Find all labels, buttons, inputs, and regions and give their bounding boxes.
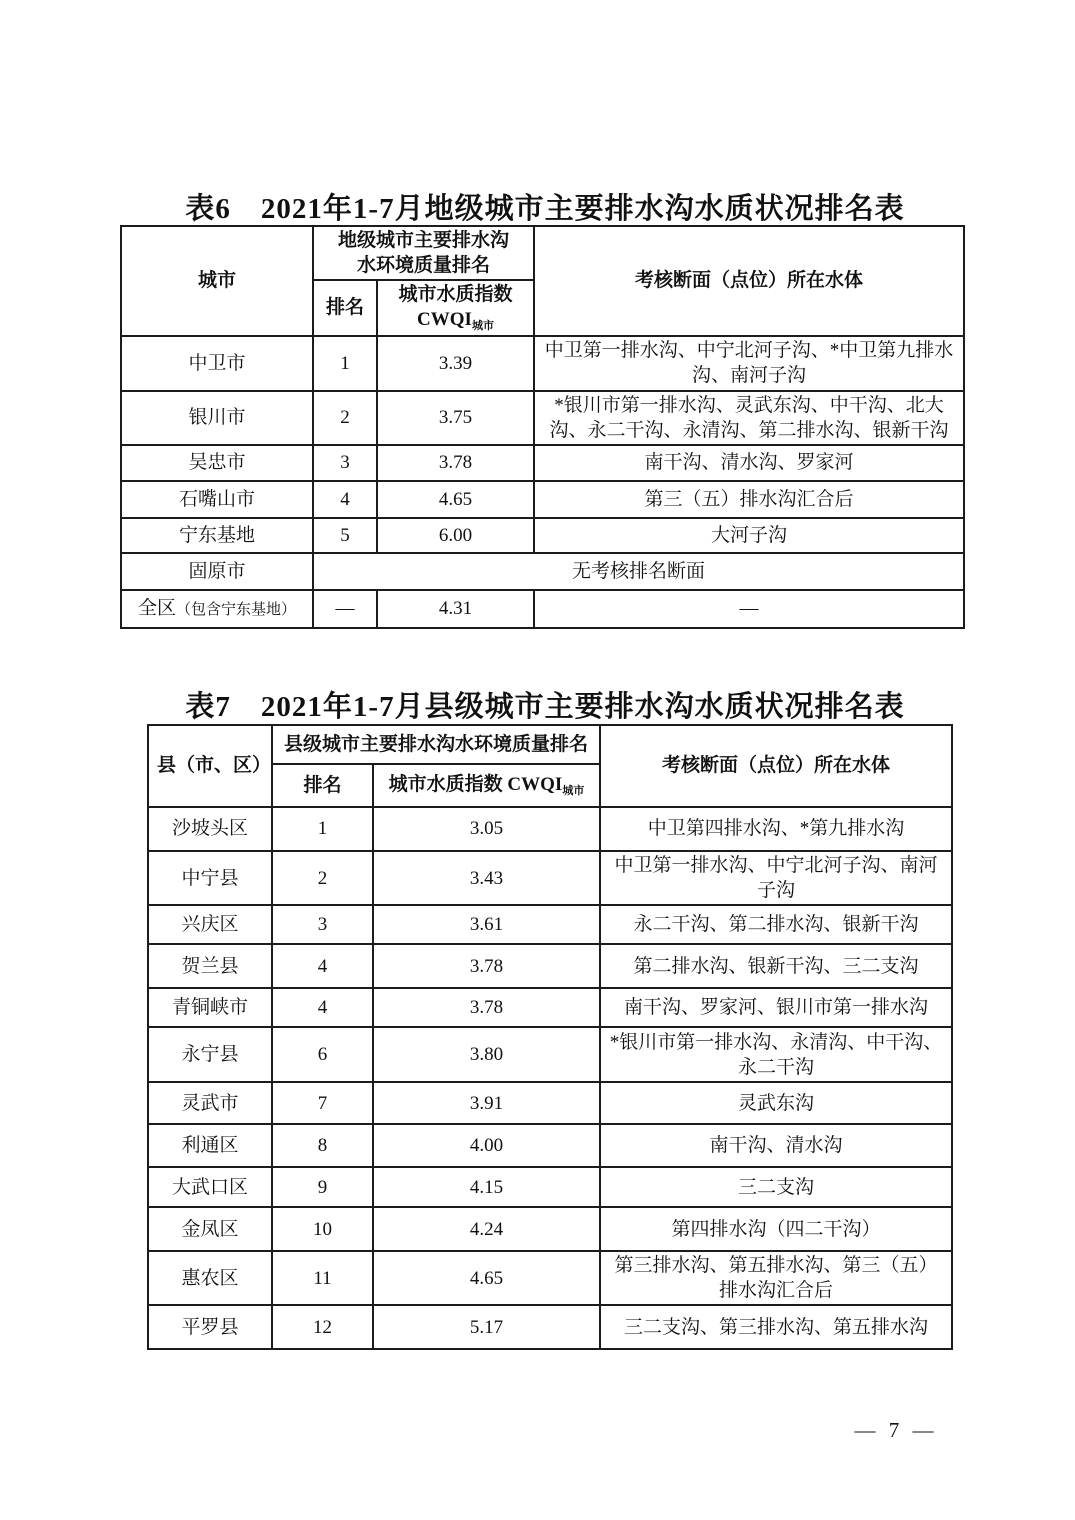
table-row: 银川市 2 3.75 *银川市第一排水沟、灵武东沟、中干沟、北大沟、永二干沟、永… (121, 391, 964, 445)
header-cwqi: 城市水质指数CWQI城市 (377, 280, 534, 336)
table-row: 宁东基地 5 6.00 大河子沟 (121, 518, 964, 553)
cwqi-cell: 3.75 (377, 391, 534, 445)
table-row: 中卫市 1 3.39 中卫第一排水沟、中宁北河子沟、*中卫第九排水沟、南河子沟 (121, 336, 964, 391)
rank-cell: 4 (272, 988, 373, 1027)
city-cell: 银川市 (121, 391, 313, 445)
header-rank: 排名 (313, 280, 377, 336)
merged-note-cell: 无考核排名断面 (313, 553, 964, 590)
cwqi-cell: 3.43 (373, 851, 600, 905)
county-cell: 惠农区 (148, 1251, 272, 1305)
cwqi-subscript: 城市 (472, 320, 494, 332)
water-cell: 第二排水沟、银新干沟、三二支沟 (600, 944, 952, 988)
cwqi-cell: 5.17 (373, 1305, 600, 1349)
cwqi-cell: 4.65 (377, 481, 534, 518)
city-cell: 宁东基地 (121, 518, 313, 553)
region-note: （包含宁东基地） (176, 602, 296, 618)
header-water-body: 考核断面（点位）所在水体 (534, 226, 964, 336)
cwqi-cell: 4.00 (373, 1124, 600, 1167)
water-cell: 灵武东沟 (600, 1082, 952, 1124)
water-cell: 中卫第一排水沟、中宁北河子沟、南河子沟 (600, 851, 952, 905)
water-cell: *银川市第一排水沟、永清沟、中干沟、永二干沟 (600, 1027, 952, 1082)
table-row: 固原市 无考核排名断面 (121, 553, 964, 590)
county-cell: 贺兰县 (148, 944, 272, 988)
water-cell: 三二支沟、第三排水沟、第五排水沟 (600, 1305, 952, 1349)
header-ranking-group: 地级城市主要排水沟 水环境质量排名 (313, 226, 534, 280)
water-cell: 大河子沟 (534, 518, 964, 553)
water-cell: — (534, 590, 964, 628)
county-cell: 大武口区 (148, 1167, 272, 1207)
city-cell: 固原市 (121, 553, 313, 590)
water-cell: 第四排水沟（四二干沟） (600, 1207, 952, 1251)
table-row: 贺兰县 4 3.78 第二排水沟、银新干沟、三二支沟 (148, 944, 952, 988)
county-cell: 兴庆区 (148, 905, 272, 944)
water-cell: 南干沟、罗家河、银川市第一排水沟 (600, 988, 952, 1027)
city-cell: 中卫市 (121, 336, 313, 391)
cwqi-cell: 3.78 (373, 988, 600, 1027)
rank-cell: 2 (313, 391, 377, 445)
city-cell: 全区（包含宁东基地） (121, 590, 313, 628)
rank-cell: 5 (313, 518, 377, 553)
water-cell: 南干沟、清水沟、罗家河 (534, 445, 964, 481)
table-row: 金凤区 10 4.24 第四排水沟（四二干沟） (148, 1207, 952, 1251)
table6-header-row-1: 城市 地级城市主要排水沟 水环境质量排名 考核断面（点位）所在水体 (121, 226, 964, 280)
table-row: 大武口区 9 4.15 三二支沟 (148, 1167, 952, 1207)
header-rank: 排名 (272, 764, 373, 807)
water-cell: 中卫第一排水沟、中宁北河子沟、*中卫第九排水沟、南河子沟 (534, 336, 964, 391)
county-cell: 青铜峡市 (148, 988, 272, 1027)
table-row: 平罗县 12 5.17 三二支沟、第三排水沟、第五排水沟 (148, 1305, 952, 1349)
water-cell: 三二支沟 (600, 1167, 952, 1207)
rank-cell: 11 (272, 1251, 373, 1305)
rank-cell: 4 (313, 481, 377, 518)
table-row: 兴庆区 3 3.61 永二干沟、第二排水沟、银新干沟 (148, 905, 952, 944)
water-cell: 中卫第四排水沟、*第九排水沟 (600, 807, 952, 851)
rank-cell: 7 (272, 1082, 373, 1124)
county-cell: 灵武市 (148, 1082, 272, 1124)
header-city: 城市 (121, 226, 313, 336)
cwqi-cell: 3.61 (373, 905, 600, 944)
cwqi-cell: 4.15 (373, 1167, 600, 1207)
table-row: 青铜峡市 4 3.78 南干沟、罗家河、银川市第一排水沟 (148, 988, 952, 1027)
rank-cell: 12 (272, 1305, 373, 1349)
water-cell: *银川市第一排水沟、灵武东沟、中干沟、北大沟、永二干沟、永清沟、第二排水沟、银新… (534, 391, 964, 445)
table-row: 利通区 8 4.00 南干沟、清水沟 (148, 1124, 952, 1167)
county-cell: 永宁县 (148, 1027, 272, 1082)
table7-title: 表7 2021年1-7月县级城市主要排水沟水质状况排名表 (0, 684, 1075, 725)
water-cell: 第三（五）排水沟汇合后 (534, 481, 964, 518)
cwqi-cell: 3.39 (377, 336, 534, 391)
cwqi-cell: 3.78 (377, 445, 534, 481)
cwqi-cell: 6.00 (377, 518, 534, 553)
table-row: 永宁县 6 3.80 *银川市第一排水沟、永清沟、中干沟、永二干沟 (148, 1027, 952, 1082)
cwqi-label: 城市水质指数 (399, 284, 513, 305)
table6-title: 表6 2021年1-7月地级城市主要排水沟水质状况排名表 (0, 186, 1075, 227)
header-water-body: 考核断面（点位）所在水体 (600, 725, 952, 807)
cwqi-cell: 4.31 (377, 590, 534, 628)
cwqi-cell: 4.65 (373, 1251, 600, 1305)
table-row: 灵武市 7 3.91 灵武东沟 (148, 1082, 952, 1124)
city-cell: 吴忠市 (121, 445, 313, 481)
county-cell: 沙坡头区 (148, 807, 272, 851)
county-cell: 中宁县 (148, 851, 272, 905)
table-row: 石嘴山市 4 4.65 第三（五）排水沟汇合后 (121, 481, 964, 518)
rank-cell: 4 (272, 944, 373, 988)
water-cell: 南干沟、清水沟 (600, 1124, 952, 1167)
page-number: — 7 — (838, 1418, 954, 1443)
table6: 城市 地级城市主要排水沟 水环境质量排名 考核断面（点位）所在水体 排名 城市水… (120, 225, 965, 629)
table-row: 吴忠市 3 3.78 南干沟、清水沟、罗家河 (121, 445, 964, 481)
cwqi-cell: 3.80 (373, 1027, 600, 1082)
header-cwqi: 城市水质指数 CWQI城市 (373, 764, 600, 807)
cwqi-cell: 3.78 (373, 944, 600, 988)
region-label: 全区 (138, 598, 176, 619)
table-row: 惠农区 11 4.65 第三排水沟、第五排水沟、第三（五）排水沟汇合后 (148, 1251, 952, 1305)
cwqi-abbr: CWQI (417, 309, 472, 330)
rank-cell: — (313, 590, 377, 628)
rank-cell: 9 (272, 1167, 373, 1207)
cwqi-cell: 3.91 (373, 1082, 600, 1124)
header-county: 县（市、区） (148, 725, 272, 807)
county-cell: 利通区 (148, 1124, 272, 1167)
rank-cell: 3 (313, 445, 377, 481)
cwqi-subscript: 城市 (562, 785, 584, 797)
rank-cell: 10 (272, 1207, 373, 1251)
county-cell: 平罗县 (148, 1305, 272, 1349)
cwqi-cell: 3.05 (373, 807, 600, 851)
rank-cell: 2 (272, 851, 373, 905)
rank-cell: 1 (272, 807, 373, 851)
header-ranking-group: 县级城市主要排水沟水环境质量排名 (272, 725, 600, 764)
document-page: 表6 2021年1-7月地级城市主要排水沟水质状况排名表 城市 地级城市主要排水… (0, 0, 1075, 1520)
cwqi-cell: 4.24 (373, 1207, 600, 1251)
rank-cell: 1 (313, 336, 377, 391)
table-row: 中宁县 2 3.43 中卫第一排水沟、中宁北河子沟、南河子沟 (148, 851, 952, 905)
table-row: 全区（包含宁东基地） — 4.31 — (121, 590, 964, 628)
water-cell: 永二干沟、第二排水沟、银新干沟 (600, 905, 952, 944)
rank-cell: 3 (272, 905, 373, 944)
city-cell: 石嘴山市 (121, 481, 313, 518)
rank-cell: 6 (272, 1027, 373, 1082)
county-cell: 金凤区 (148, 1207, 272, 1251)
table7-header-row-1: 县（市、区） 县级城市主要排水沟水环境质量排名 考核断面（点位）所在水体 (148, 725, 952, 764)
table-row: 沙坡头区 1 3.05 中卫第四排水沟、*第九排水沟 (148, 807, 952, 851)
water-cell: 第三排水沟、第五排水沟、第三（五）排水沟汇合后 (600, 1251, 952, 1305)
table7: 县（市、区） 县级城市主要排水沟水环境质量排名 考核断面（点位）所在水体 排名 … (147, 724, 953, 1350)
cwqi-label: 城市水质指数 CWQI (389, 774, 563, 795)
rank-cell: 8 (272, 1124, 373, 1167)
